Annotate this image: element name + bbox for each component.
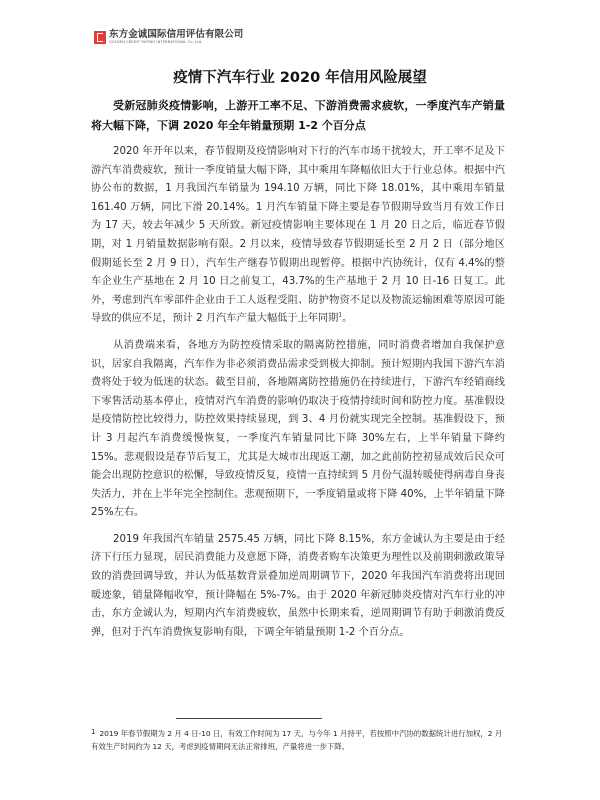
document-title: 疫情下汽车行业 2020 年信用风险展望 [0,66,600,87]
paragraph-1-end: 。 [342,313,352,324]
lead-summary: 受新冠肺炎疫情影响，上游开工率不足、下游消费需求疲软，一季度汽车产销量将大幅下降… [91,96,505,136]
footnote-divider [176,718,322,719]
footnote-text: 2019 年春节假期为 2 月 4 日-10 日，有效工作时间为 17 天，与今… [91,729,502,751]
paragraph-2: 从消费端来看，各地方为防控疫情采取的隔离防控措施，同时消费者增加自我保护意识，居… [91,337,505,523]
company-logo: 东方金诚国际信用评估有限公司 GOLDEN CREDIT RATING INTE… [94,30,243,44]
paragraph-3: 2019 年我国汽车销量 2575.45 万辆，同比下降 8.15%，东方金诚认… [91,531,505,643]
paragraph-1: 2020 年开年以来，春节假期及疫情影响对下行的汽车市场干扰较大，开工率不足及下… [91,143,505,329]
paragraph-1-text: 2020 年开年以来，春节假期及疫情影响对下行的汽车市场干扰较大，开工率不足及下… [91,146,505,324]
footnote-mark: 1 [91,728,95,736]
logo-name-cn: 东方金诚国际信用评估有限公司 [109,30,243,40]
logo-text: 东方金诚国际信用评估有限公司 GOLDEN CREDIT RATING INTE… [109,30,243,44]
footnote: 12019 年春节假期为 2 月 4 日-10 日，有效工作时间为 17 天，与… [91,726,507,753]
document-body: 受新冠肺炎疫情影响，上游开工率不足、下游消费需求疲软，一季度汽车产销量将大幅下降… [91,96,505,650]
logo-name-en: GOLDEN CREDIT RATING INTERNATIONAL Co.,L… [109,41,243,45]
logo-mark-icon [94,31,106,44]
